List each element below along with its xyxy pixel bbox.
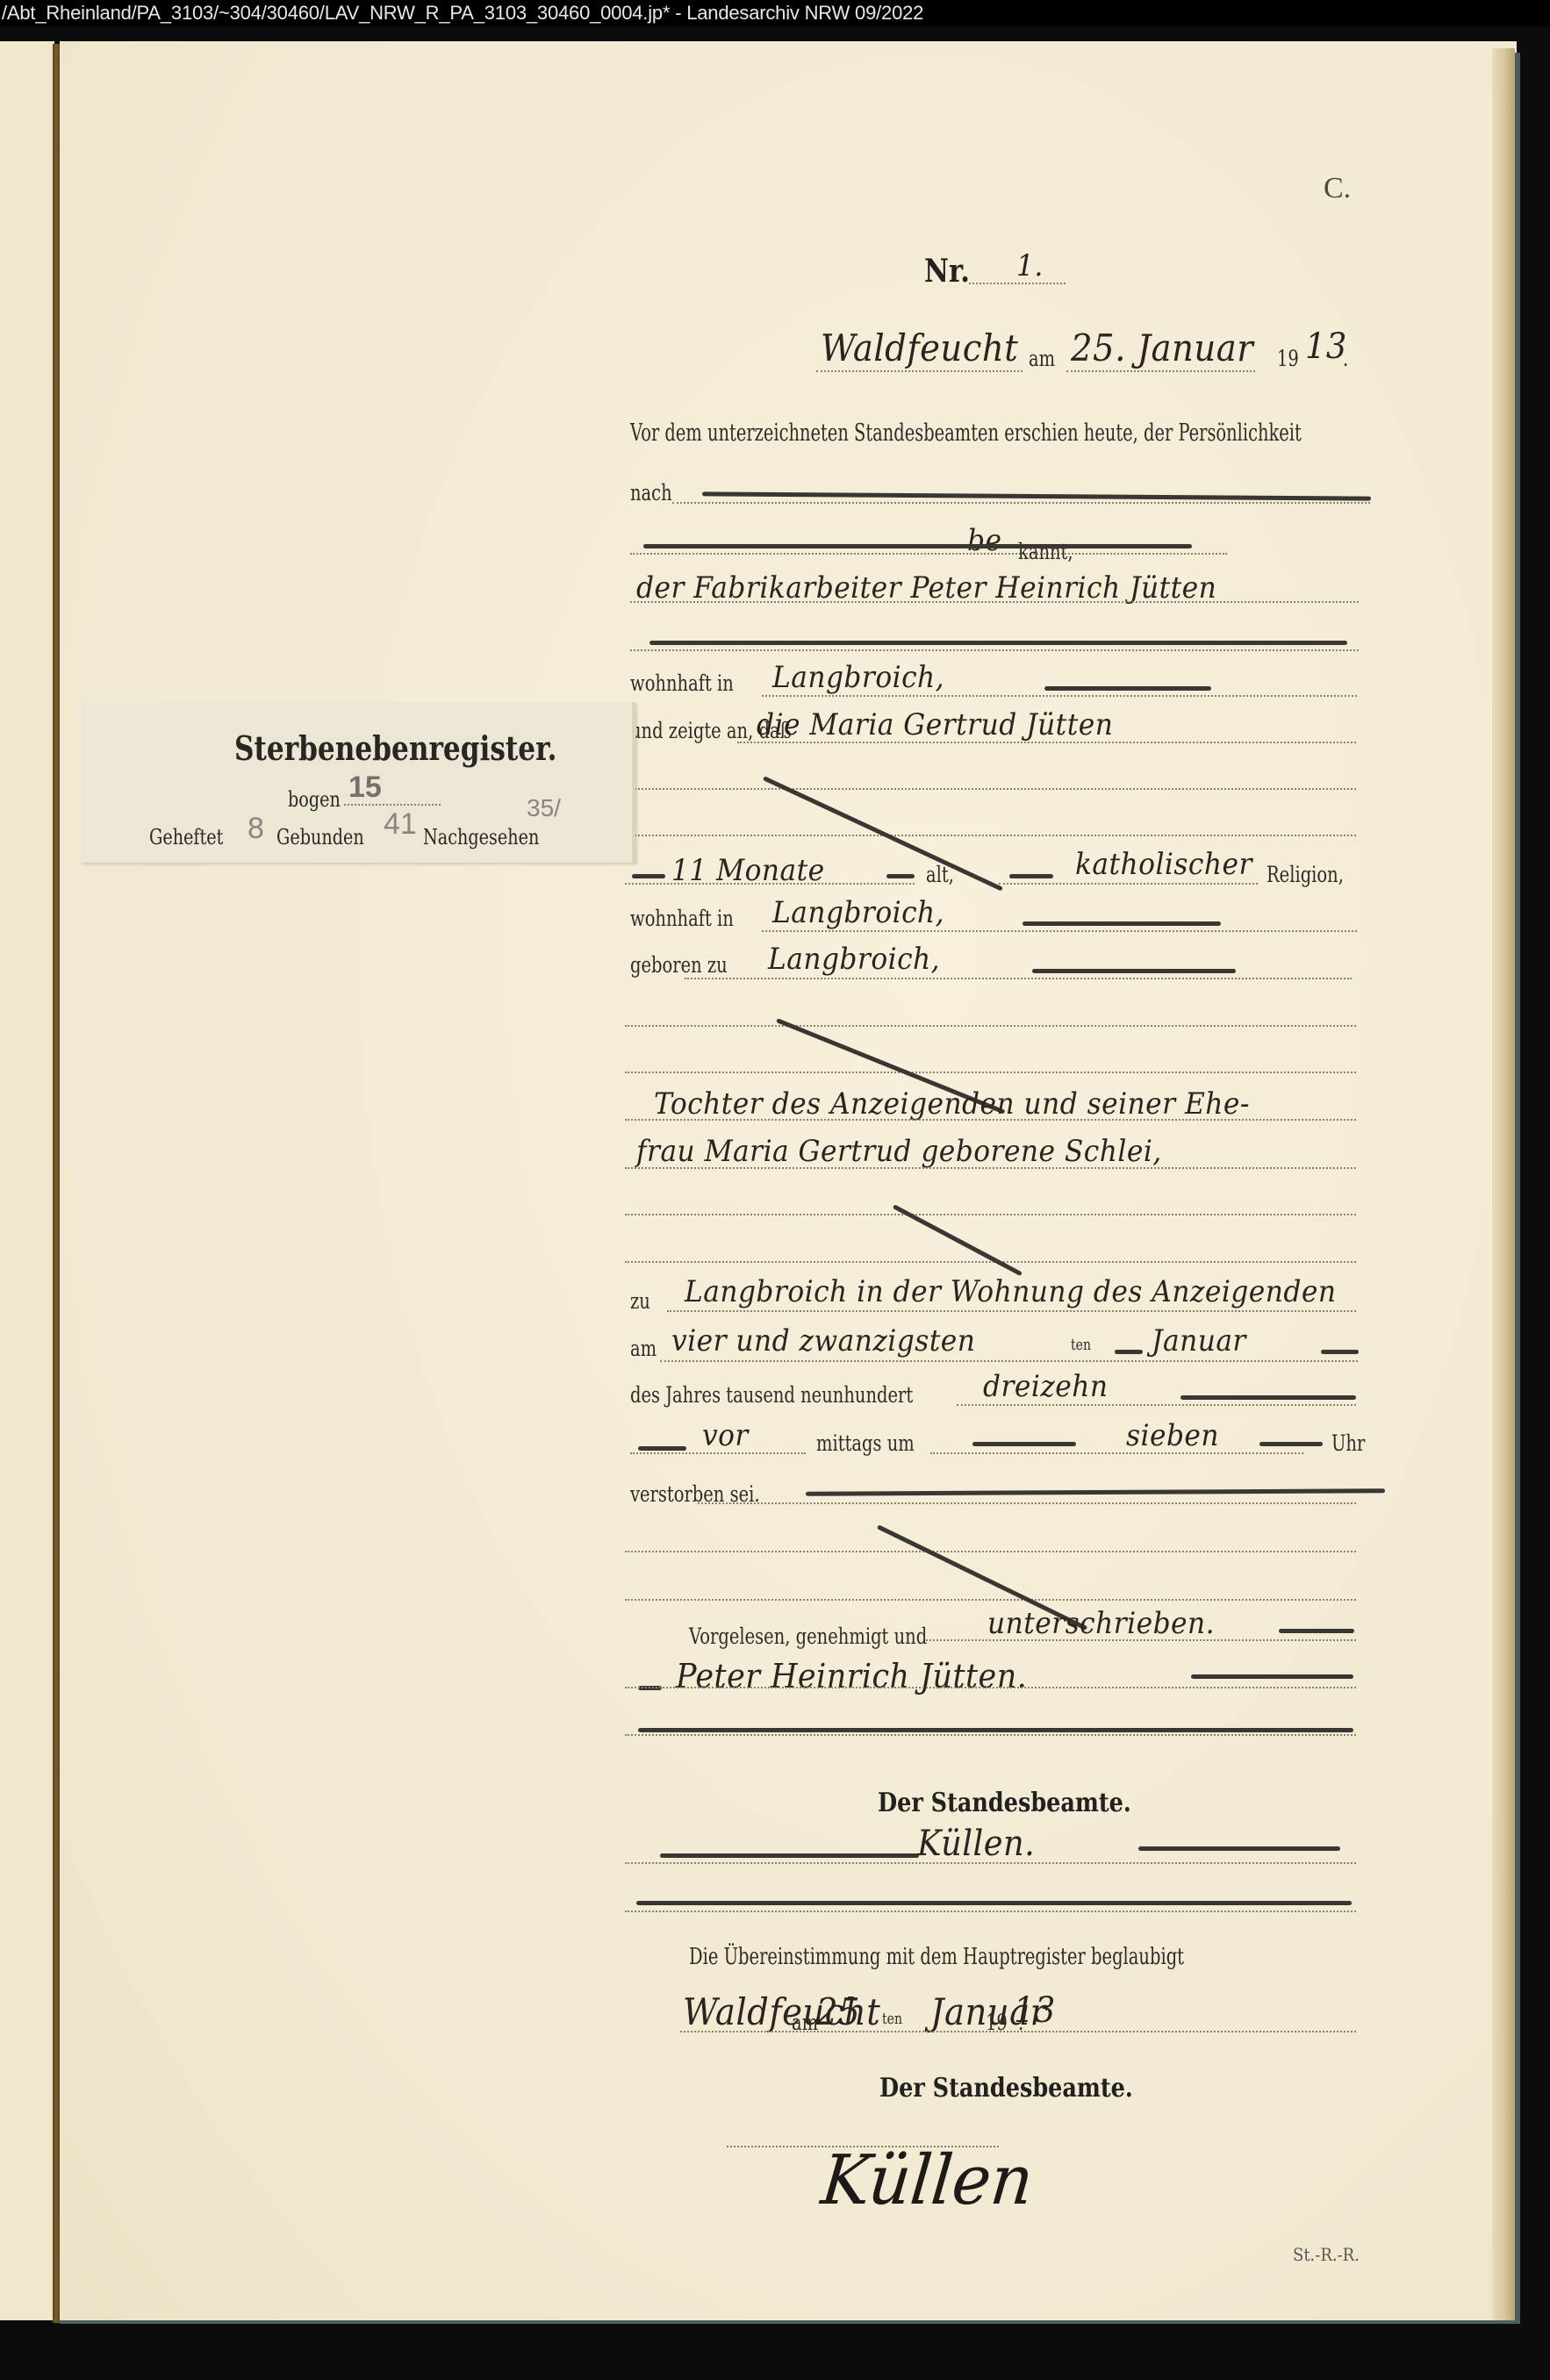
informant-dotline (630, 601, 1359, 603)
read-approved-value: unterschrieben. (987, 1606, 1215, 1641)
informant-residence-strike (1044, 686, 1211, 691)
certification-text: Die Übereinstimmung mit dem Hauptregiste… (689, 1944, 1184, 1970)
deceased-residence-label: wohnhaft in (630, 906, 734, 931)
blank-dotline-1 (625, 788, 1356, 790)
age-strike-left (632, 874, 665, 878)
religion-strike (1009, 874, 1053, 878)
year-suffix: 13 (1305, 326, 1347, 367)
parents-dotline-2 (625, 1167, 1356, 1169)
window-title: /Abt_Rheinland/PA_3103/~304/30460/LAV_NR… (0, 0, 1550, 26)
bogen-value: 15 (348, 771, 382, 805)
religion-dotline (999, 883, 1258, 885)
gebunden-value: 41 (384, 807, 417, 842)
death-place-dotline (667, 1310, 1356, 1312)
bogen-label: bogen (288, 787, 341, 812)
read-approved-strike (1279, 1629, 1354, 1633)
blank-dotline-6 (625, 1261, 1356, 1263)
uhr-label: Uhr (1331, 1430, 1365, 1456)
intro-text: Vor dem unterzeichneten Standesbeamten e… (630, 419, 1302, 447)
geheftet-value: 8 (248, 812, 264, 846)
deceased-dotline (737, 742, 1356, 743)
cert-official-heading: Der Standesbeamte. (879, 2073, 1133, 2104)
month-strike-left (1115, 1350, 1143, 1354)
form-code: St.-R.-R. (1293, 2244, 1360, 2265)
page-stack-edge (1492, 48, 1515, 2321)
deceased-residence-dotline (762, 930, 1357, 932)
register-page (60, 41, 1517, 2323)
official-strike-bottom (636, 1901, 1352, 1905)
official-dotline-2 (625, 1910, 1356, 1912)
blank-dotline-3 (625, 1025, 1356, 1027)
official-signature: Küllen. (917, 1824, 1035, 1864)
parents-line-2: frau Maria Gertrud geborene Schlei, (636, 1134, 1162, 1169)
death-year-dotline (957, 1404, 1356, 1406)
time-strike-left (638, 1446, 686, 1451)
place-dotline (816, 370, 1023, 372)
date-dotline (1066, 370, 1255, 372)
registration-date: 25. Januar (1071, 326, 1253, 369)
death-year-label: des Jahres tausend neunhundert (630, 1382, 913, 1408)
blank-dotline-4 (625, 1072, 1356, 1073)
book-cover-edge (1515, 53, 1520, 2321)
read-approved-dotline (926, 1639, 1356, 1641)
cert-place-date-dotline (680, 2031, 1356, 2032)
bekannt-suffix: kannt, (1018, 539, 1073, 564)
religion-label: Religion, (1267, 862, 1344, 887)
birthplace-dotline (685, 978, 1352, 979)
left-page-edge (0, 41, 54, 2320)
nach-label: nach (630, 480, 672, 505)
nach-dotline (672, 502, 1370, 504)
hour-dotline (930, 1452, 1303, 1454)
cert-day: 25 (816, 1990, 860, 2033)
blank-dotline-7 (625, 1551, 1356, 1552)
parents-line-1: Tochter des Anzeigenden und seiner Ehe- (654, 1086, 1250, 1122)
time-prefix-dotline (630, 1452, 806, 1454)
death-day-dotline (660, 1360, 1358, 1362)
date-am-label: am (1029, 346, 1055, 371)
number-label: Nr. (924, 253, 970, 290)
informant-signature-dotline (625, 1687, 1356, 1688)
birthplace: Langbroich, (768, 942, 940, 977)
register-slip: Sterbenebenregister. bogen 15 Geheftet 8… (81, 702, 635, 863)
informant-residence-label: wohnhaft in (630, 670, 734, 696)
deceased-name: die Maria Gertrud Jütten (757, 707, 1113, 742)
blank-dotline-2 (625, 835, 1356, 836)
hour-strike-right (1259, 1442, 1323, 1446)
deceased-residence: Langbroich, (772, 895, 944, 930)
informant-signature-strike-bottom (638, 1728, 1353, 1732)
death-day-label: am (630, 1336, 657, 1361)
informant-signature-strike-right (1191, 1674, 1353, 1679)
book-cover-bottom-edge (60, 2320, 1520, 2324)
age-dotline (625, 883, 915, 885)
informant-dotline-2 (630, 649, 1359, 651)
death-month: Januar (1152, 1323, 1246, 1358)
official-strike-left (660, 1853, 919, 1858)
deceased-residence-strike (1023, 921, 1221, 926)
death-place: Langbroich in der Wohnung des Anzeigende… (685, 1274, 1336, 1309)
blank-dotline-5 (625, 1214, 1356, 1215)
month-strike-right (1321, 1350, 1359, 1354)
nachgesehen-label: Nachgesehen (423, 825, 539, 849)
cert-signature: Küllen (818, 2141, 1037, 2220)
birthplace-strike (1032, 969, 1236, 973)
bekannt-prefix: be (967, 523, 1001, 558)
verstorben-dotline (698, 1502, 1356, 1504)
informant-residence-dotline (762, 695, 1357, 697)
nachgesehen-value: 35/ (527, 794, 561, 822)
official-heading: Der Standesbeamte. (878, 1788, 1131, 1818)
religion-value: katholischer (1075, 847, 1252, 882)
registration-place: Waldfeucht (821, 326, 1018, 369)
official-dotline (625, 1862, 1356, 1864)
birthplace-label: geboren zu (630, 952, 728, 978)
age-strike-right (886, 874, 915, 878)
year-end: . (1343, 346, 1348, 371)
alt-label: alt, (926, 862, 954, 887)
blank-dotline-8 (625, 1599, 1356, 1601)
death-day: vier und zwanzigsten (671, 1323, 975, 1358)
bekannt-strike-full (643, 544, 1192, 548)
death-hour: sieben (1126, 1418, 1219, 1453)
time-prefix: vor (702, 1418, 749, 1453)
informant-signature: Peter Heinrich Jütten. (676, 1657, 1027, 1695)
corner-mark: C. (1324, 172, 1351, 205)
informant-name: der Fabrikarbeiter Peter Heinrich Jütten (636, 570, 1216, 606)
hour-strike-left (972, 1442, 1076, 1446)
parents-dotline-1 (625, 1119, 1356, 1121)
geheftet-label: Geheftet (149, 825, 223, 849)
informant-signature-dotline-2 (625, 1734, 1356, 1736)
death-place-label: zu (630, 1288, 650, 1314)
informant-strike (649, 641, 1347, 645)
informant-residence: Langbroich, (772, 660, 944, 695)
gebunden-label: Gebunden (276, 825, 364, 849)
read-approved-label: Vorgelesen, genehmigt und (689, 1624, 927, 1649)
ten-label: ten (1071, 1336, 1091, 1354)
mittags-label: mittags um (816, 1430, 915, 1456)
death-year-strike (1180, 1395, 1356, 1400)
year-prefix: 19 (1277, 346, 1299, 371)
official-strike-right (1138, 1846, 1340, 1851)
slip-title: Sterbenebenregister. (234, 728, 557, 768)
death-year: dreizehn (983, 1369, 1108, 1404)
record-number: 1. (1016, 248, 1044, 283)
bekannt-dotline (630, 553, 1227, 555)
book-spine (53, 44, 60, 2323)
cert-ten-label: ten (882, 2010, 902, 2028)
